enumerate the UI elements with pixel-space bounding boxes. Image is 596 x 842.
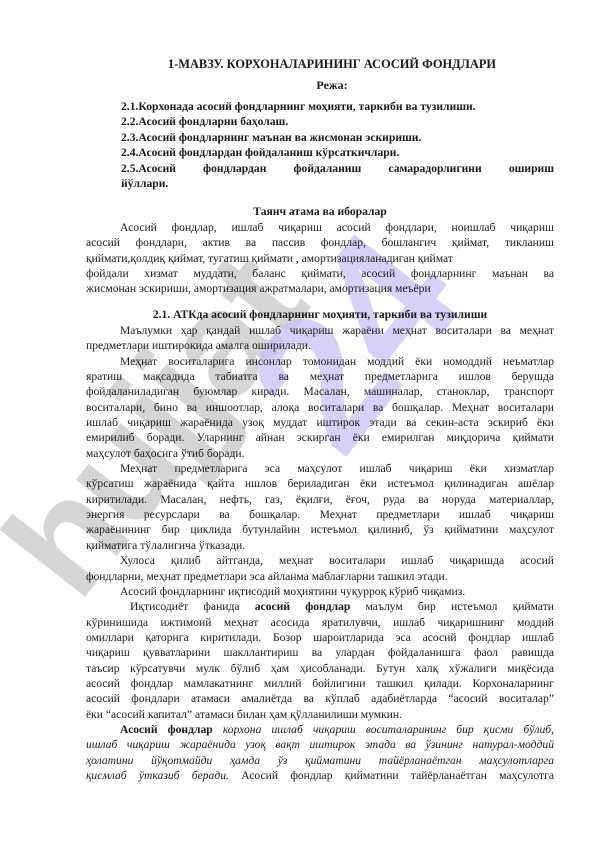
paragraph-line: ишлаб чиқариш жараёнида узоқ муддат ишти… [86,415,554,430]
keywords-line: Асосий фондлар, ишлаб чиқариш асосий фон… [86,220,554,235]
paragraph-line-mixed: Асосий фондлар корхона ишлаб чиқариш вос… [86,722,554,737]
term-asosiy-fondlar: асосий фондлар [255,600,351,613]
paragraph-line: чиқариш қувватларини шакллантириш ва ула… [86,645,554,660]
definition-line: ҳолатини йўқотмайди ҳамда ўз қийматини т… [86,753,554,768]
document-page: 1-МАВЗУ. КОРХОНАЛАРИНИНГ АСОСИЙ ФОНДЛАРИ… [0,0,596,842]
paragraph-line: жараёнининг бир циклида бутунлайин истеъ… [86,522,554,537]
plan-item: 2.4.Асосий фондлардан фойдаланиш кўрсатк… [121,145,554,160]
definition-line: ишлаб чиқариш жараёнида узоқ вақт иштиро… [86,737,554,752]
paragraph-line: Меҳнат воситаларига инсонлар томонидан м… [86,354,554,369]
paragraph-line-mixed: қисмлаб ўтказиб беради. Асосий фондлар қ… [86,768,554,783]
keywords-line: жисмонан эскириши, амортизация ажратмала… [86,281,554,296]
paragraph-text: Иқтисодиёт фанида [130,600,255,613]
paragraph-line: емирилиб боради. Уларнинг айнан эскирган… [86,430,554,445]
keywords-heading: Таянч атама ва иборалар [86,205,554,218]
paragraph-line: воситалари, бино ва иншоотлар, алоқа вос… [86,400,554,415]
plan-heading: Режа: [0,78,596,93]
term-asosiy-fondlar: Асосий фондлар [120,723,213,736]
plan-list: 2.1.Корхонада асосий фондларнинг моҳияти… [121,99,554,191]
paragraph-line: энергия ресурслари ва бошқалар. Меҳнат п… [86,507,554,522]
paragraph-line: фондларни, меҳнат предметлари эса айланм… [86,569,554,584]
paragraph-line: фойдаланиладиган буюмлар киради. Масалан… [86,384,554,399]
keywords-line: фойдали хизмат муддати, баланс қиймати, … [86,266,554,281]
paragraph-line: асосий фондлар мамлакатнинг миллий бойли… [86,676,554,691]
paragraph-line: ёки “асосий капитал” атамаси билан ҳам қ… [86,707,554,722]
definition-text: корхона ишлаб чиқариш воситаларининг бир… [213,723,554,736]
plan-item-continuation: йўллари. [121,176,554,191]
paragraph-line: предметлари иштирокида амалга оширилади. [86,338,554,353]
paragraph-line: кўринишида ижтимоий меҳнат асосида ярати… [86,615,554,630]
plan-item: 2.3.Асосий фондларнинг маънан ва жисмона… [121,130,554,145]
page-title: 1-МАВЗУ. КОРХОНАЛАРИНИНГ АСОСИЙ ФОНДЛАРИ [0,57,596,72]
paragraph-line: омиллари қаторига киритилади. Бозор шаро… [86,630,554,645]
paragraph-line: Меҳнат предметларига эса маҳсулот ишлаб … [86,461,554,476]
section-heading: 2.1. АТКда асосий фондларнинг моҳияти, т… [86,308,554,321]
paragraph-line: таъсир кўрсатувчи мулк бўлиб ҳам ҳисобла… [86,661,554,676]
paragraph-line: яратиш мақсадида табиатга ва меҳнат пред… [86,369,554,384]
paragraph-line: маҳсулот баҳосига ўтиб боради. [86,446,554,461]
paragraph-text: Асосий фондлар қийматини тайёрланаётган … [229,769,554,782]
plan-item: 2.5.Асосий фондлардан фойдаланиш самарад… [121,161,554,176]
plan-item: 2.1.Корхонада асосий фондларнинг моҳияти… [121,99,554,114]
paragraph-line: кўрсатиш жараёнида қайта ишлов бериладиг… [86,476,554,491]
keywords-block: Асосий фондлар, ишлаб чиқариш асосий фон… [86,220,554,297]
paragraph-line: қийматига тўлалигича ўтказади. [86,538,554,553]
paragraph-line: Асосий фондларнинг иқтисодий моҳиятини ч… [86,584,554,599]
paragraph-line: асосий фондлари атамаси амалиётда ва кўп… [86,691,554,706]
paragraph-line-mixed: Иқтисодиёт фанида асосий фондлар маълум … [86,599,554,614]
definition-text: қисмлаб ўтказиб беради. [86,769,229,782]
paragraph-line: киритилади. Масалан, нефть, газ, ёқилғи,… [86,492,554,507]
paragraph-text: маълум бир истеъмол қиймати [350,600,554,613]
keywords-line: асосий фондлари, актив ва пассив фондлар… [86,235,554,250]
paragraph-line: Маълумки ҳар қандай ишлаб чиқариш жараён… [86,323,554,338]
paragraph-line: Хулоса қилиб айтганда, меҳнат воситалари… [86,553,554,568]
keywords-line: қиймати,қолдиқ қиймат, тугатиш қиймати ,… [86,251,554,266]
plan-item: 2.2.Асосий фондларни баҳолаш. [121,114,554,129]
section-body: Маълумки ҳар қандай ишлаб чиқариш жараён… [86,323,554,783]
